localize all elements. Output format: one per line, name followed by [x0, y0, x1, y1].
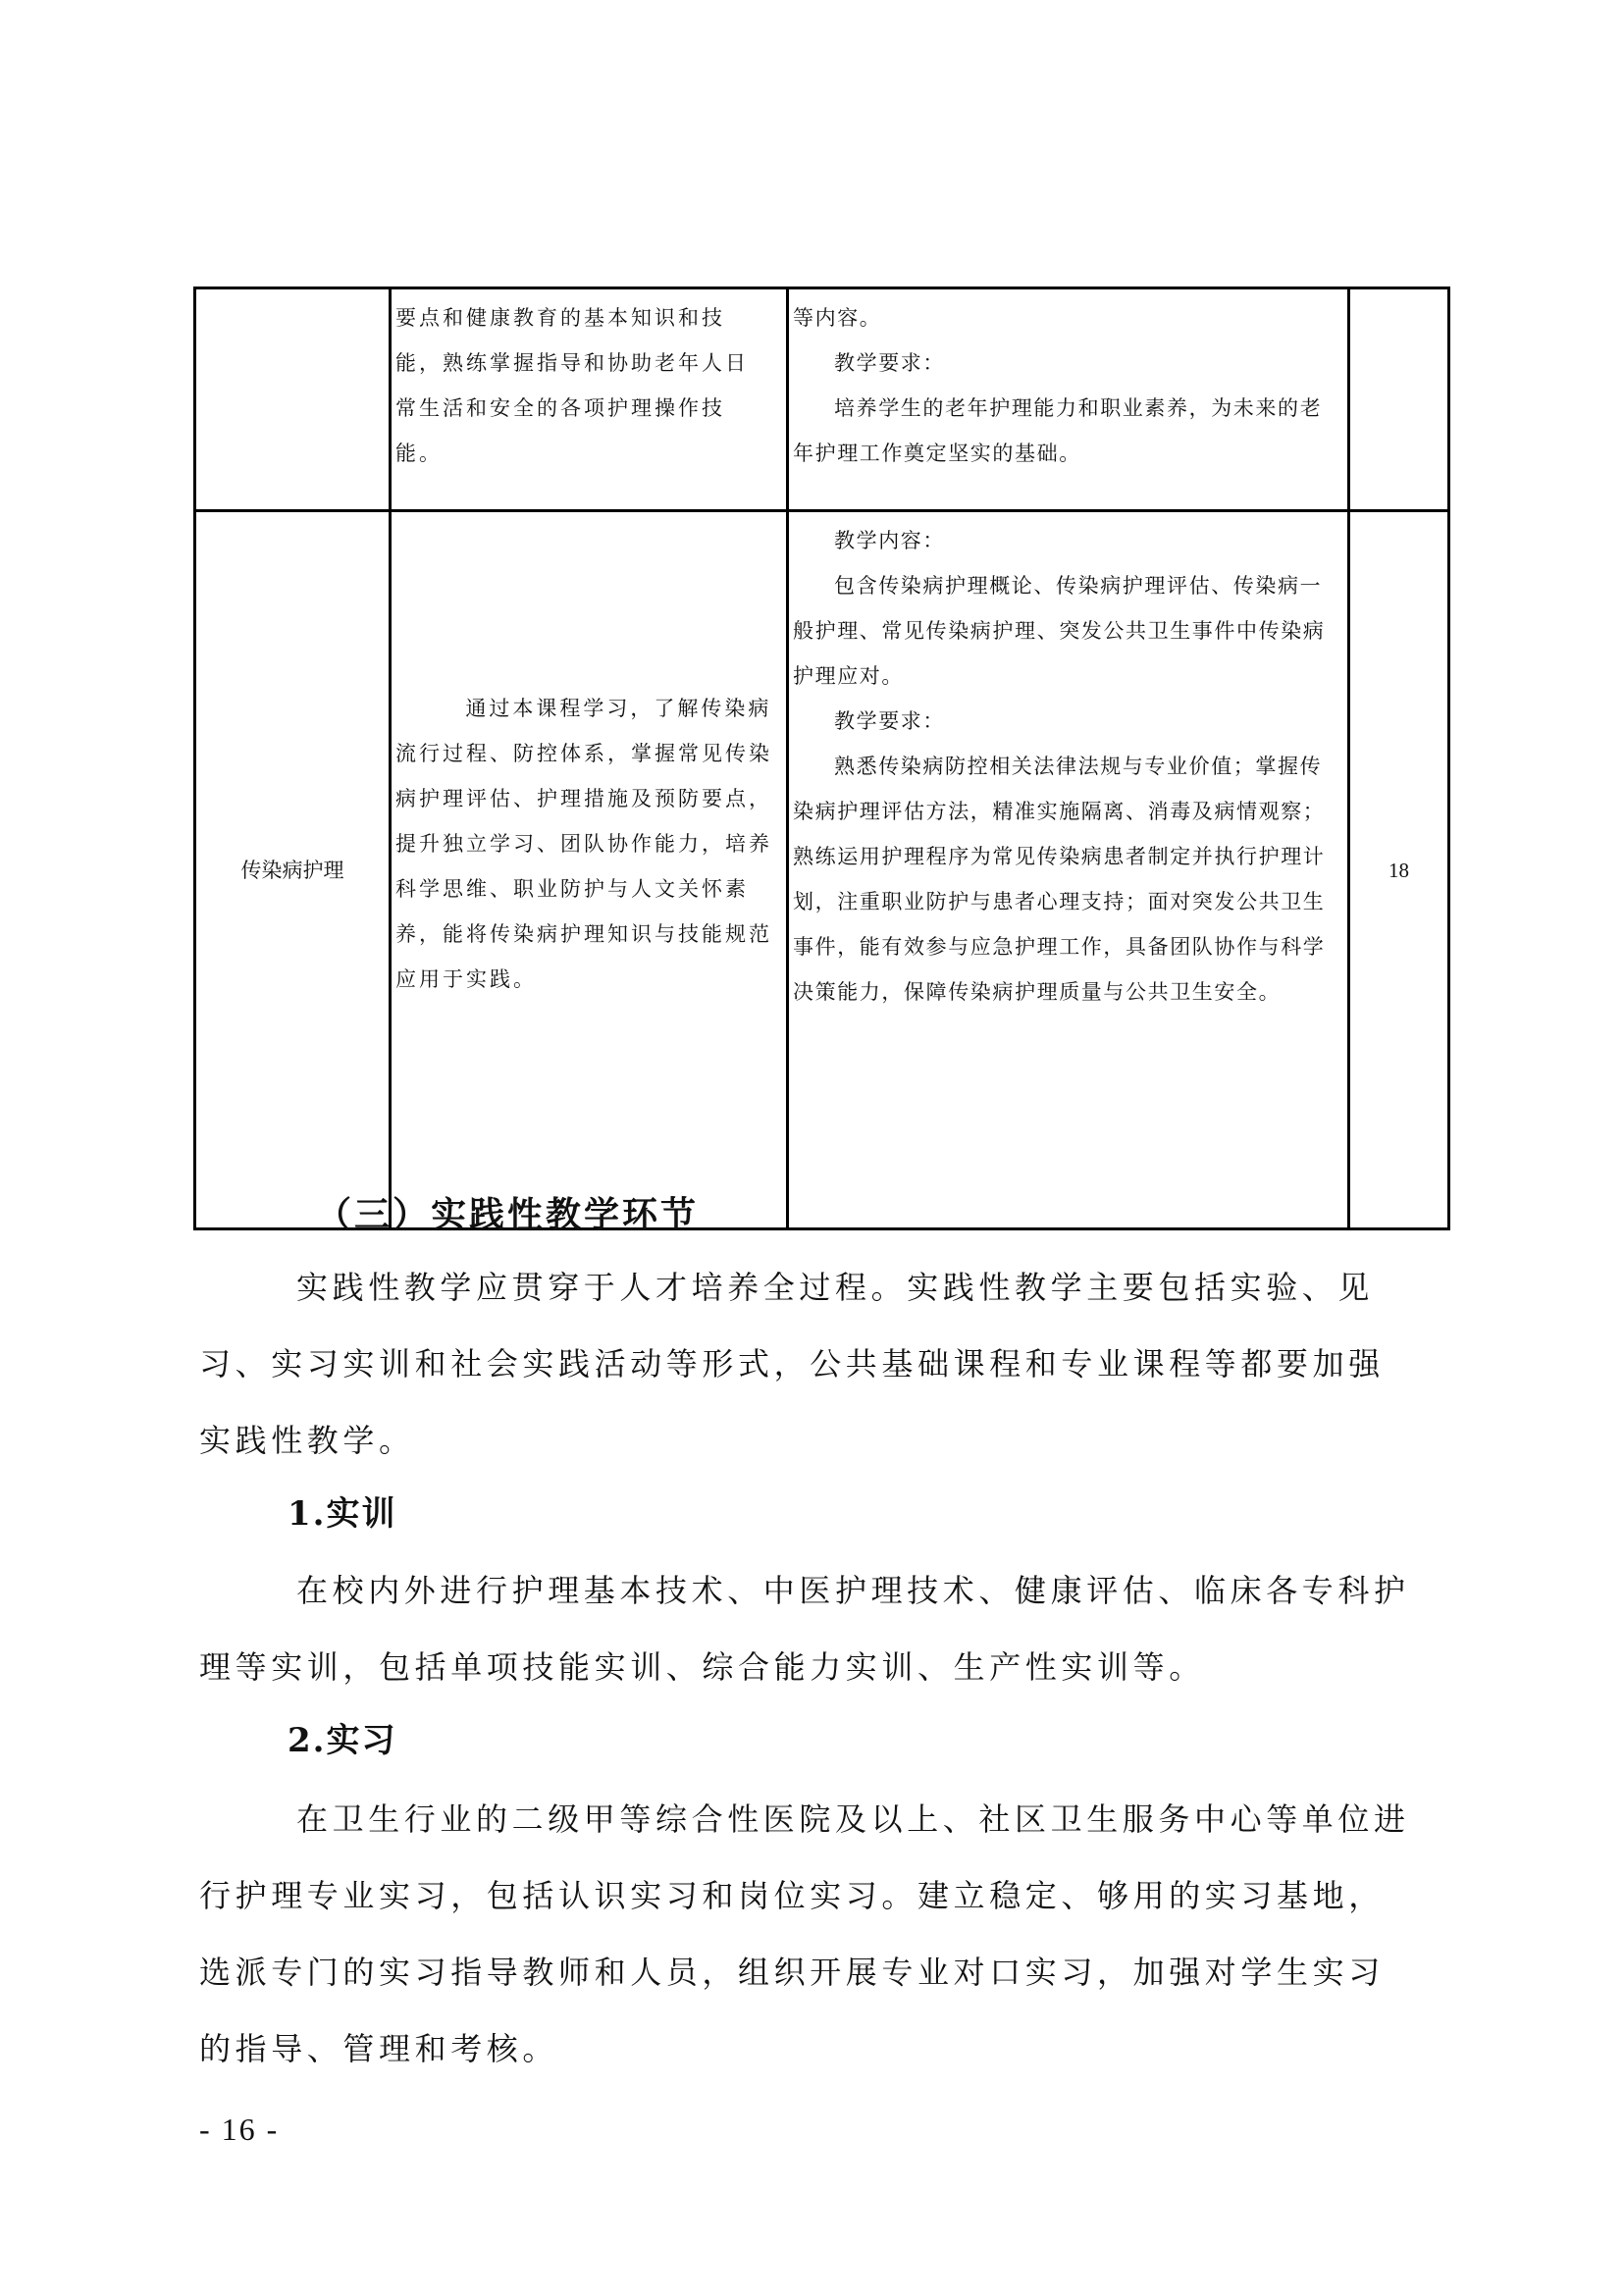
- content-label: 教学要求：: [793, 699, 1341, 744]
- course-content-cell: 教学内容： 包含传染病护理概论、传染病护理评估、传染病一般护理、常见传染病护理、…: [788, 511, 1349, 1229]
- subsection-text-training: 在校内外进行护理基本技术、中医护理技术、健康评估、临床各专科护理等实训，包括单项…: [199, 1552, 1416, 1705]
- goal-line: 要点和健康教育的基本知识和技: [395, 295, 780, 340]
- content-paragraph: 等内容。: [793, 295, 1341, 340]
- course-name-cell: 传染病护理: [195, 511, 391, 1229]
- subsection-text-internship: 在卫生行业的二级甲等综合性医院及以上、社区卫生服务中心等单位进行护理专业实习，包…: [199, 1781, 1416, 2087]
- course-table: 要点和健康教育的基本知识和技 能，熟练掌握指导和协助老年人日 常生活和安全的各项…: [193, 287, 1450, 1230]
- content-label: 教学要求：: [793, 340, 1341, 386]
- course-content-cell: 等内容。 教学要求： 培养学生的老年护理能力和职业素养，为未来的老年护理工作奠定…: [788, 288, 1349, 511]
- table-row: 传染病护理 通过本课程学习，了解传染病流行过程、防控体系，掌握常见传染病护理评估…: [195, 511, 1449, 1229]
- subsection-heading-internship: 2.实习: [288, 1713, 397, 1761]
- course-name-cell: [195, 288, 391, 511]
- course-goal-cell: 要点和健康教育的基本知识和技 能，熟练掌握指导和协助老年人日 常生活和安全的各项…: [391, 288, 788, 511]
- subsection-text: 在校内外进行护理基本技术、中医护理技术、健康评估、临床各专科护理等实训，包括单项…: [199, 1572, 1410, 1686]
- content-paragraph: 包含传染病护理概论、传染病护理评估、传染病一般护理、常见传染病护理、突发公共卫生…: [793, 563, 1341, 699]
- page-number: - 16 -: [199, 2112, 279, 2148]
- course-hours-cell: [1349, 288, 1449, 511]
- section-intro: 实践性教学应贯穿于人才培养全过程。实践性教学主要包括实验、见习、实习实训和社会实…: [199, 1249, 1416, 1479]
- section-heading: （三）实践性教学环节: [316, 1187, 699, 1237]
- course-hours-cell: 18: [1349, 511, 1449, 1229]
- goal-paragraph: 通过本课程学习，了解传染病流行过程、防控体系，掌握常见传染病护理评估、护理措施及…: [395, 686, 780, 1002]
- content-paragraph: 培养学生的老年护理能力和职业素养，为未来的老年护理工作奠定坚实的基础。: [793, 386, 1341, 476]
- table-row: 要点和健康教育的基本知识和技 能，熟练掌握指导和协助老年人日 常生活和安全的各项…: [195, 288, 1449, 511]
- course-goal-cell: 通过本课程学习，了解传染病流行过程、防控体系，掌握常见传染病护理评估、护理措施及…: [391, 511, 788, 1229]
- content-label: 教学内容：: [793, 518, 1341, 563]
- subsection-text: 在卫生行业的二级甲等综合性医院及以上、社区卫生服务中心等单位进行护理专业实习，包…: [199, 1800, 1410, 2067]
- goal-line: 常生活和安全的各项护理操作技: [395, 386, 780, 431]
- goal-line: 能。: [395, 431, 780, 476]
- subsection-heading-training: 1.实训: [288, 1487, 397, 1535]
- content-paragraph: 熟悉传染病防控相关法律法规与专业价值；掌握传染病护理评估方法，精准实施隔离、消毒…: [793, 744, 1341, 1015]
- document-page: 要点和健康教育的基本知识和技 能，熟练掌握指导和协助老年人日 常生活和安全的各项…: [0, 0, 1624, 2295]
- goal-line: 能，熟练掌握指导和协助老年人日: [395, 340, 780, 386]
- section-intro-text: 实践性教学应贯穿于人才培养全过程。实践性教学主要包括实验、见习、实习实训和社会实…: [199, 1269, 1385, 1459]
